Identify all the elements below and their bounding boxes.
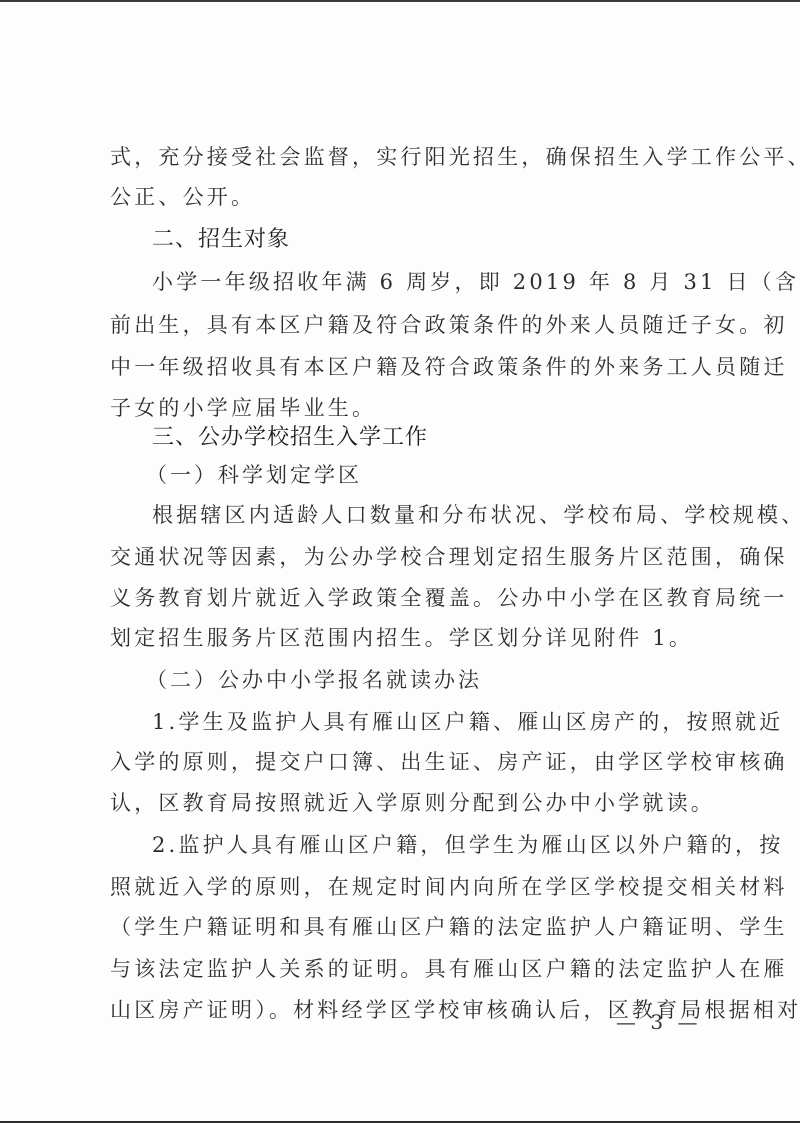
body-text-line: 2.监护人具有雁山区户籍，但学生为雁山区以外户籍的，按 xyxy=(152,831,710,859)
body-text-line: （学生户籍证明和具有雁山区户籍的法定监护人户籍证明、学生 xyxy=(110,913,710,941)
section-heading-3: 三、公办学校招生入学工作 xyxy=(152,424,752,452)
body-text-line: 义务教育划片就近入学政策全覆盖。公办中小学在区教育局统一 xyxy=(110,584,710,612)
body-text-line: 认，区教育局按照就近入学原则分配到公办中小学就读。 xyxy=(110,789,710,817)
body-text-line: 照就近入学的原则，在规定时间内向所在学区学校提交相关材料 xyxy=(110,873,710,901)
section-heading-2: 二、招生对象 xyxy=(152,226,752,254)
body-text-line: 前出生，具有本区户籍及符合政策条件的外来人员随迁子女。初 xyxy=(110,311,710,339)
body-text-line: 与该法定监护人关系的证明。具有雁山区户籍的法定监护人在雁 xyxy=(110,955,710,983)
body-text-line: 交通状况等因素，为公办学校合理划定招生服务片区范围，确保 xyxy=(110,543,710,571)
subsection-heading-2: （二）公办中小学报名就读办法 xyxy=(146,666,746,694)
body-text-line: 中一年级招收具有本区户籍及符合政策条件的外来务工人员随迁 xyxy=(110,353,710,381)
document-page: 式，充分接受社会监督，实行阳光招生，确保招生入学工作公平、 公正、公开。 二、招… xyxy=(0,0,800,1123)
body-text-line: 式，充分接受社会监督，实行阳光招生，确保招生入学工作公平、 xyxy=(110,143,710,171)
body-text-line: 根据辖区内适龄人口数量和分布状况、学校布局、学校规模、 xyxy=(152,501,710,529)
body-text-line: 公正、公开。 xyxy=(110,183,710,211)
body-text-line: 入学的原则，提交户口簿、出生证、房产证，由学区学校审核确 xyxy=(110,748,710,776)
page-number: — 3 — xyxy=(616,1008,701,1036)
body-text-line: 1.学生及监护人具有雁山区户籍、雁山区房产的，按照就近 xyxy=(152,708,710,736)
body-text-line: 子女的小学应届毕业生。 xyxy=(110,394,710,422)
body-text-line: 划定招生服务片区范围内招生。学区划分详见附件 1。 xyxy=(110,624,710,652)
subsection-heading-1: （一）科学划定学区 xyxy=(146,461,746,489)
body-text-line: 小学一年级招收年满 6 周岁，即 2019 年 8 月 31 日（含此日） xyxy=(152,268,710,296)
